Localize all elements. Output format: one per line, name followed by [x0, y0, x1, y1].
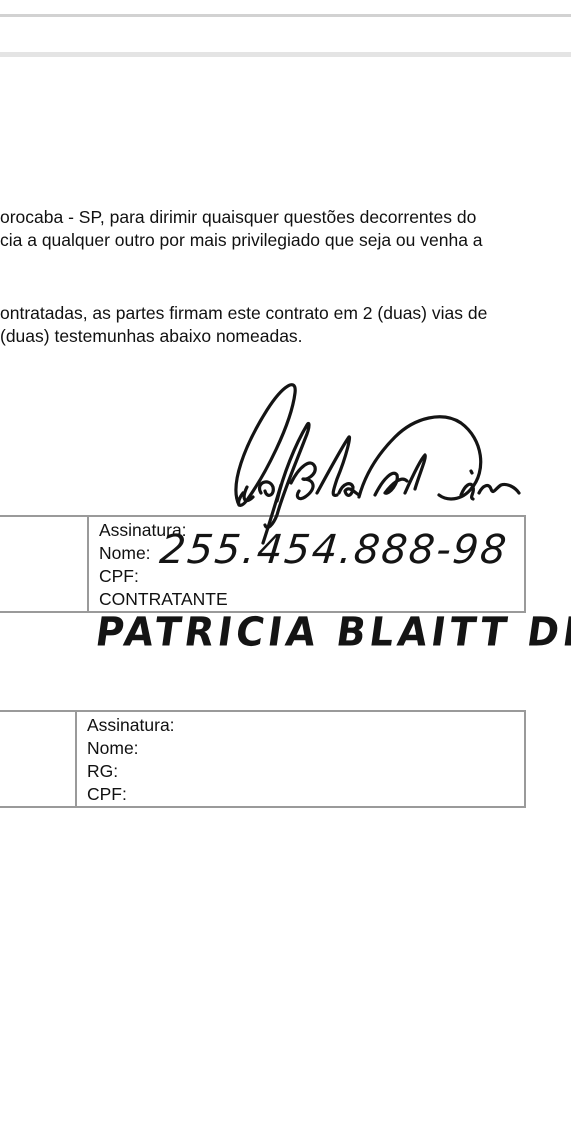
field-label-assinatura: Assinatura: [87, 714, 524, 737]
page-separator-top [0, 14, 571, 17]
paragraph-line: (duas) testemunhas abaixo nomeadas. [0, 325, 571, 348]
paragraph-line: cia a qualquer outro por mais privilegia… [0, 229, 571, 252]
field-label-rg: RG: [87, 760, 524, 783]
page-separator-bottom [0, 52, 571, 57]
paragraph-line: ontratadas, as partes firmam este contra… [0, 302, 571, 325]
handwritten-name: PATRICIA BLAITT DIAS [93, 609, 571, 655]
signature-table-left-cell [0, 712, 77, 806]
signature-table-left-cell [0, 517, 89, 611]
field-label-cpf: CPF: [87, 783, 524, 806]
witness-signature-table: Assinatura: Nome: RG: CPF: [0, 710, 526, 808]
signing-paragraph: ontratadas, as partes firmam este contra… [0, 302, 571, 348]
role-label: CONTRATANTE [99, 588, 524, 611]
handwritten-cpf: 255.454.888-98 [158, 527, 511, 573]
signature-table-fields: Assinatura: Nome: RG: CPF: [77, 712, 524, 806]
field-label-nome: Nome: [87, 737, 524, 760]
paragraph-line: orocaba - SP, para dirimir quaisquer que… [0, 206, 571, 229]
jurisdiction-paragraph: orocaba - SP, para dirimir quaisquer que… [0, 206, 571, 252]
